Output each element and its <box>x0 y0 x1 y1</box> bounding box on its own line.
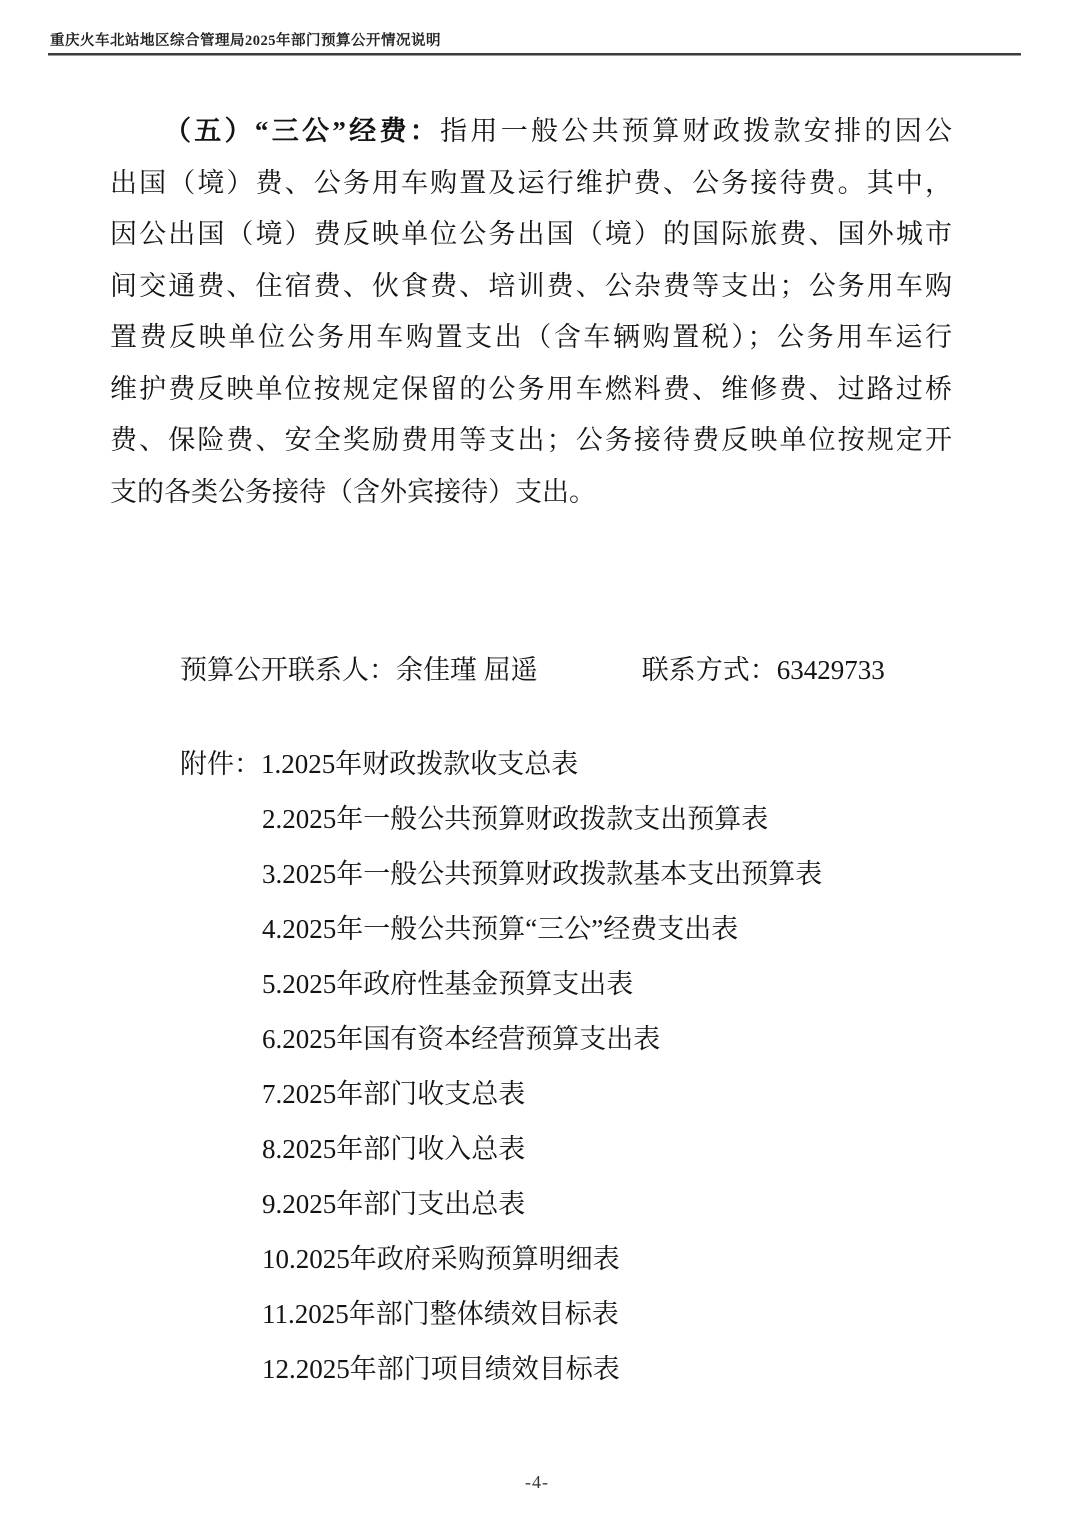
attachment-row: 附件：1.2025年财政拨款收支总表 <box>180 737 980 792</box>
paragraph-line: （五）“三公”经费：指用一般公共预算财政拨款安排的因公 <box>110 106 952 158</box>
paragraph-line: 支的各类公务接待（含外宾接待）支出。 <box>110 467 952 519</box>
attachment-item: 9.2025年部门支出总表 <box>180 1177 980 1232</box>
attachment-item: 10.2025年政府采购预算明细表 <box>180 1232 980 1287</box>
attachment-item: 12.2025年部门项目绩效目标表 <box>180 1342 980 1397</box>
page-number: -4- <box>0 1472 1074 1493</box>
attachment-item: 6.2025年国有资本经营预算支出表 <box>180 1012 980 1067</box>
contact-person-label: 预算公开联系人： <box>180 655 396 685</box>
attachment-label: 附件： <box>180 749 261 779</box>
paragraph-line: 出国（境）费、公务用车购置及运行维护费、公务接待费。其中， <box>110 158 952 210</box>
paragraph-line: 费、保险费、安全奖励费用等支出；公务接待费反映单位按规定开 <box>110 415 952 467</box>
contact-person-names: 余佳瑾 屈遥 <box>396 655 538 685</box>
attachment-item: 1.2025年财政拨款收支总表 <box>261 749 578 779</box>
attachment-item: 2.2025年一般公共预算财政拨款支出预算表 <box>180 792 980 847</box>
header-divider-rule <box>48 53 1021 56</box>
paragraph-line: 维护费反映单位按规定保留的公务用车燃料费、维修费、过路过桥 <box>110 364 952 416</box>
body-paragraph: （五）“三公”经费：指用一般公共预算财政拨款安排的因公 出国（境）费、公务用车购… <box>110 106 952 518</box>
attachment-list: 附件：1.2025年财政拨款收支总表 2.2025年一般公共预算财政拨款支出预算… <box>180 737 980 1397</box>
attachment-item: 11.2025年部门整体绩效目标表 <box>180 1287 980 1342</box>
attachment-item: 5.2025年政府性基金预算支出表 <box>180 957 980 1012</box>
attachment-item: 8.2025年部门收入总表 <box>180 1122 980 1177</box>
attachment-item: 4.2025年一般公共预算“三公”经费支出表 <box>180 902 980 957</box>
page-header-title: 重庆火车北站地区综合管理局2025年部门预算公开情况说明 <box>50 29 441 50</box>
contact-method-label: 联系方式： <box>642 655 777 685</box>
paragraph-line: 因公出国（境）费反映单位公务出国（境）的国际旅费、国外城市 <box>110 209 952 261</box>
paragraph-bold-lead: （五）“三公”经费： <box>164 116 440 146</box>
document-page: 重庆火车北站地区综合管理局2025年部门预算公开情况说明 （五）“三公”经费：指… <box>0 0 1074 1520</box>
budget-contact-line: 预算公开联系人：余佳瑾 屈遥联系方式：63429733 <box>180 650 885 690</box>
paragraph-line: 置费反映单位公务用车购置支出（含车辆购置税）；公务用车运行 <box>110 312 952 364</box>
paragraph-line: 间交通费、住宿费、伙食费、培训费、公杂费等支出；公务用车购 <box>110 261 952 313</box>
contact-phone-number: 63429733 <box>777 655 885 685</box>
attachment-item: 7.2025年部门收支总表 <box>180 1067 980 1122</box>
paragraph-line-text: 指用一般公共预算财政拨款安排的因公 <box>440 116 952 146</box>
attachment-item: 3.2025年一般公共预算财政拨款基本支出预算表 <box>180 847 980 902</box>
